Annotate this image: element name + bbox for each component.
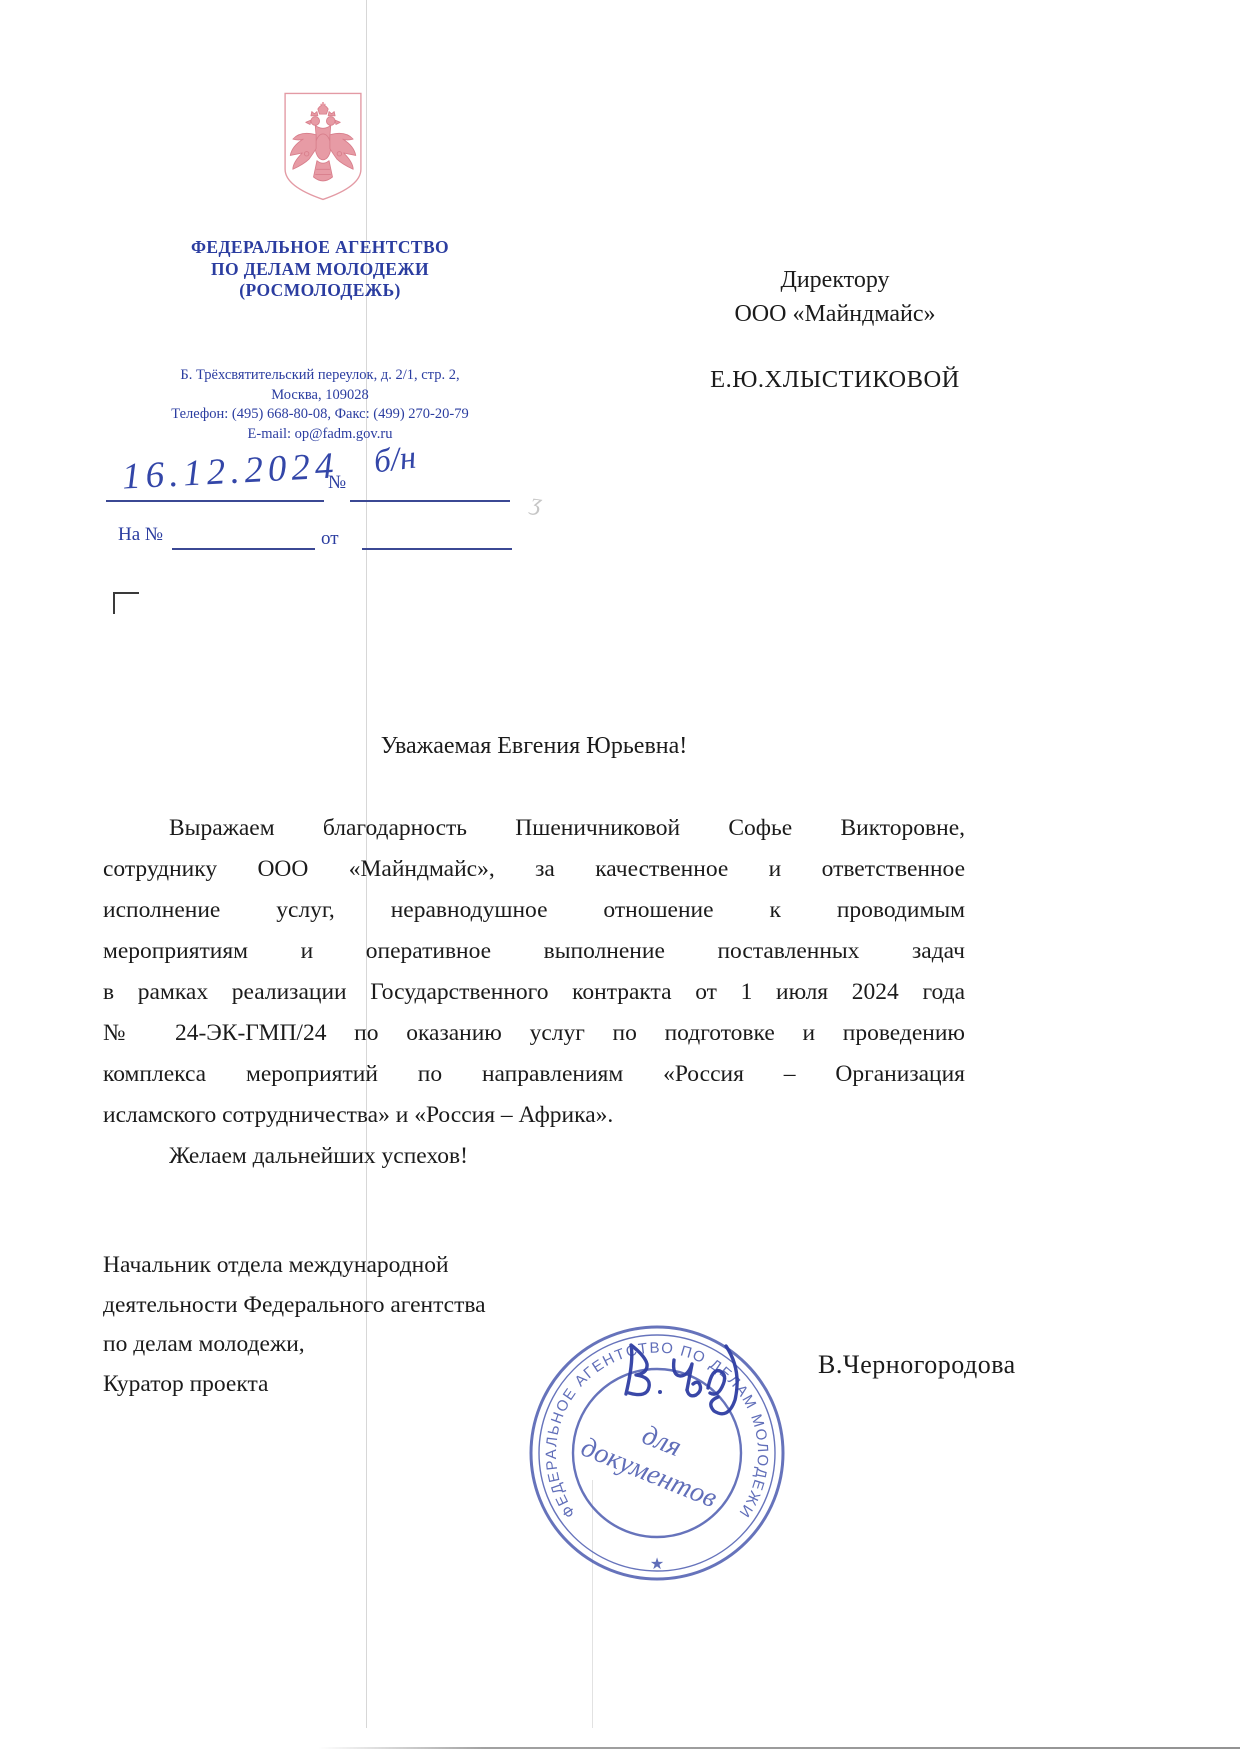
- body-line: мероприятиям и оперативное выполнение по…: [103, 931, 965, 972]
- agency-name-line1: ФЕДЕРАЛЬНОЕ АГЕНТСТВО: [130, 237, 510, 259]
- number-sign-label: №: [328, 472, 346, 494]
- russia-coat-of-arms-icon: [279, 90, 367, 202]
- number-underline: [350, 500, 510, 502]
- body-line: исполнение услуг, неравнодушное отношени…: [103, 890, 965, 931]
- handwritten-signature: [606, 1330, 806, 1430]
- body-line: исламского сотрудничества» и «Россия – А…: [103, 1095, 965, 1136]
- address-email: E-mail: op@fadm.gov.ru: [105, 425, 535, 445]
- signer-name: В.Черногородова: [818, 1350, 1016, 1380]
- date-underline: [106, 500, 324, 502]
- recipient-name: Е.Ю.ХЛЫСТИКОВОЙ: [630, 366, 1040, 394]
- stamp-star-icon: ★: [650, 1556, 664, 1573]
- recipient-title: Директору: [630, 263, 1040, 297]
- address-corner-mark: [113, 592, 139, 614]
- reply-from-label: от: [321, 528, 339, 550]
- reply-to-label: На №: [118, 524, 163, 546]
- scanned-letter-page: { "colors": { "header_blue": "#2b3da0", …: [0, 0, 1240, 1754]
- agency-name: ФЕДЕРАЛЬНОЕ АГЕНТСТВО ПО ДЕЛАМ МОЛОДЕЖИ …: [130, 237, 510, 302]
- agency-name-line3: (РОСМОЛОДЕЖЬ): [130, 280, 510, 302]
- reply-number-underline: [172, 548, 315, 550]
- body-line: № 24-ЭК-ГМП/24 по оказанию услуг по подг…: [103, 1013, 965, 1054]
- address-city: Москва, 109028: [105, 386, 535, 406]
- scan-smudge-mark: ʒ: [529, 489, 543, 517]
- address-street: Б. Трёхсвятительский переулок, д. 2/1, с…: [105, 366, 535, 386]
- body-line: комплекса мероприятий по направлениям «Р…: [103, 1054, 965, 1095]
- body-line: Выражаем благодарность Пшеничниковой Соф…: [103, 808, 965, 849]
- handwritten-date: 16.12.2024: [121, 444, 339, 498]
- letter-body: Выражаем благодарность Пшеничниковой Соф…: [103, 808, 965, 1177]
- closing-wish: Желаем дальнейших успехов!: [103, 1136, 965, 1177]
- signer-position-line: Начальник отдела международной: [103, 1246, 603, 1286]
- agency-address: Б. Трёхсвятительский переулок, д. 2/1, с…: [105, 366, 535, 444]
- salutation: Уважаемая Евгения Юрьевна!: [103, 733, 965, 760]
- scan-bottom-edge: [318, 1747, 1240, 1749]
- recipient-block: Директору ООО «Майндмайс»: [630, 263, 1040, 331]
- handwritten-number: б/н: [372, 440, 418, 482]
- agency-name-line2: ПО ДЕЛАМ МОЛОДЕЖИ: [130, 259, 510, 281]
- body-line: в рамках реализации Государственного кон…: [103, 972, 965, 1013]
- body-line: сотруднику ООО «Майндмайс», за качествен…: [103, 849, 965, 890]
- address-phone-fax: Телефон: (495) 668-80-08, Факс: (499) 27…: [105, 405, 535, 425]
- reply-date-underline: [362, 548, 512, 550]
- recipient-company: ООО «Майндмайс»: [630, 297, 1040, 331]
